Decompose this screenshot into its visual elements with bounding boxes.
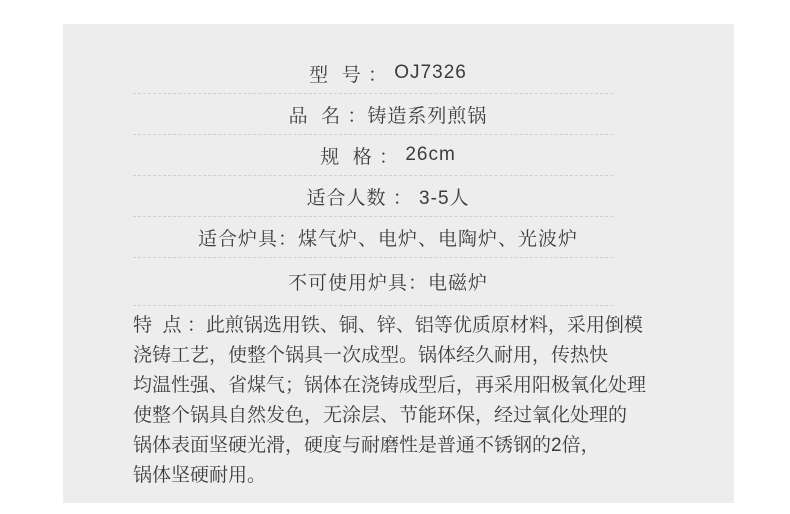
spec-label: 型 号 (309, 60, 362, 87)
spec-value: 铸造系列煎锅 (367, 101, 487, 128)
feature-line: 均温性强、省煤气；锅体在浇铸成型后，再采用阳极氧化处理 (133, 371, 613, 401)
spec-row-size: 规 格 ： 26cm (133, 135, 613, 176)
feature-line: 使整个锅具自然发色，无涂层、节能环保，经过氧化处理的 (133, 401, 613, 431)
feature-line: 特 点 ：此煎锅选用铁、铜、锌、铝等优质原材料，采用倒模 (133, 311, 613, 341)
feature-line: 浇铸工艺，使整个锅具一次成型。锅体经久耐用，传热快 (133, 341, 613, 371)
spec-value: 26cm (405, 144, 455, 166)
spec-table: 型 号 ： OJ7326 品 名 ：铸造系列煎锅 规 格 ： 26cm 适合人数… (133, 53, 613, 491)
spec-value: 电磁炉 (428, 268, 488, 295)
spec-colon: ： (362, 60, 395, 87)
spec-label: 品 名 (289, 101, 342, 128)
spec-colon: ： (408, 268, 428, 295)
spec-colon: ： (278, 224, 298, 251)
spec-row-compatible-stoves: 适合炉具：煤气炉、电炉、电陶炉、光波炉 (133, 217, 613, 258)
spec-colon: ： (373, 142, 406, 169)
spec-row-incompatible-stoves: 不可使用炉具：电磁炉 (133, 258, 613, 306)
spec-value: 3-5人 (419, 183, 469, 210)
spec-label: 规 格 (320, 142, 373, 169)
spec-value: OJ7326 (394, 62, 467, 84)
product-spec-panel: 型 号 ： OJ7326 品 名 ：铸造系列煎锅 规 格 ： 26cm 适合人数… (63, 24, 734, 503)
spec-colon: ： (341, 101, 367, 128)
spec-row-product-name: 品 名 ：铸造系列煎锅 (133, 94, 613, 135)
features-paragraph: 特 点 ：此煎锅选用铁、铜、锌、铝等优质原材料，采用倒模 浇铸工艺，使整个锅具一… (133, 306, 613, 491)
feature-line: 锅体表面坚硬光滑，硬度与耐磨性是普通不锈钢的2倍， (133, 431, 613, 461)
spec-label: 不可使用炉具 (288, 268, 408, 295)
spec-label: 适合人数 (306, 183, 386, 210)
spec-row-serving-size: 适合人数 ： 3-5人 (133, 176, 613, 217)
feature-line: 锅体坚硬耐用。 (133, 461, 613, 491)
spec-colon: ： (386, 183, 419, 210)
spec-value: 煤气炉、电炉、电陶炉、光波炉 (298, 224, 578, 251)
spec-row-model: 型 号 ： OJ7326 (133, 53, 613, 94)
spec-label: 适合炉具 (198, 224, 278, 251)
